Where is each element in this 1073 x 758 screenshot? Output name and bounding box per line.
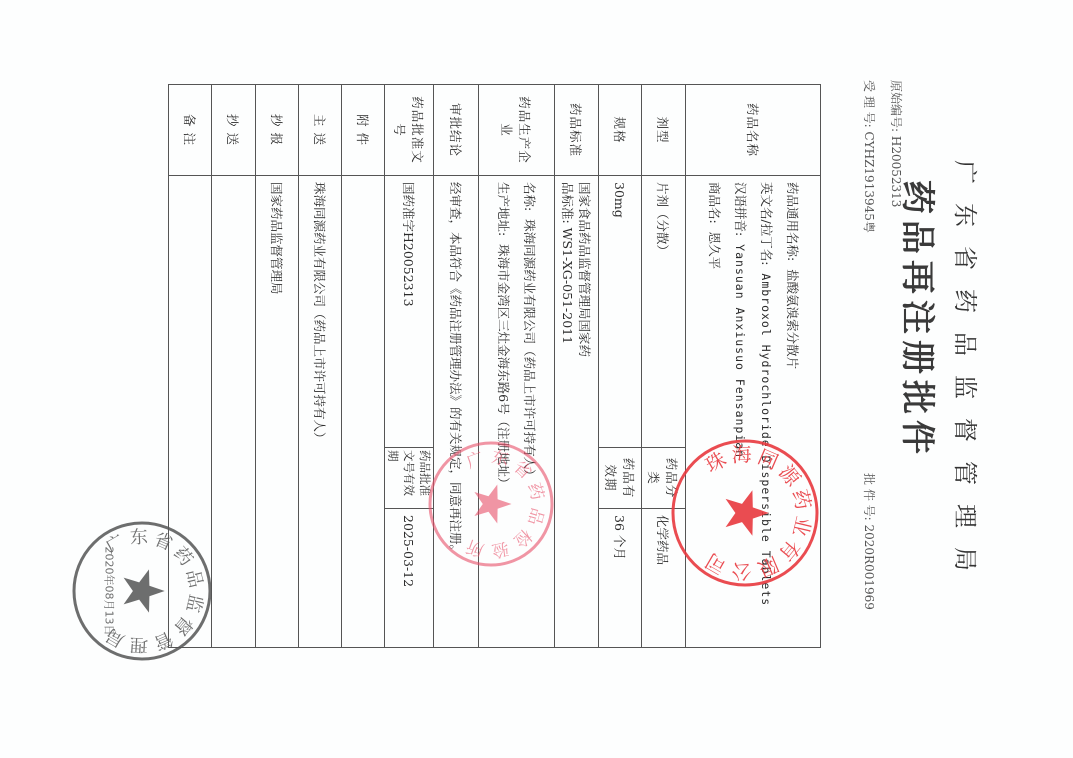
pinyin-name: Yansuan Anxiusuo Fensanpian — [733, 244, 747, 458]
specification-value: 30mg — [599, 176, 642, 448]
manufacturer-value: 名称: 珠海同源药业有限公司（药品上市许可持有人） 生产地址: 珠海市金湾区三灶… — [479, 176, 555, 648]
manufacturer-address: 珠海市金湾区三灶金海东路6号（注册地址） — [497, 244, 512, 489]
standard-line-2: 品标准: WS1-XG-051-2011 — [560, 182, 577, 641]
original-number-label: 原始编号: — [889, 80, 903, 132]
english-name: Ambroxol Hydrochloride Dispersible Table… — [759, 273, 773, 606]
original-number-value: H20052313 — [889, 136, 903, 208]
pinyin-name-label: 汉语拼音: — [733, 182, 748, 236]
dosage-form-value: 片剂（分散） — [642, 176, 686, 448]
cc-label: 抄 送 — [212, 85, 256, 176]
report-copy-value: 国家药品监督管理局 — [256, 176, 299, 648]
row-remarks: 备 注 — [169, 85, 212, 648]
shelf-life-label: 药品有效期 — [599, 448, 642, 509]
drug-category-value: 化学药品 — [642, 509, 686, 648]
drug-name-label: 药品名称 — [686, 85, 821, 176]
generic-name-label: 药品通用名称: — [785, 182, 800, 261]
row-conclusion: 审批结论 经审查，本品符合《药品注册管理办法》的有关规定，同意再注册。 — [434, 85, 479, 648]
issuing-authority: 广东省药品监督管理局 — [950, 160, 985, 590]
document-page: 广东省药品监督管理局 药品再注册批件 原始编号: H20052313 受 理 号… — [0, 0, 1073, 758]
trade-name: 恩久平 — [707, 232, 722, 270]
standard-value: 国家食品药品监督管理局国家药 品标准: WS1-XG-051-2011 — [555, 176, 599, 648]
row-report-copy: 抄 报 国家药品监督管理局 — [256, 85, 299, 648]
svg-text:东: 东 — [129, 527, 148, 549]
manufacturer-label: 药品生产企业 — [479, 85, 555, 176]
dosage-form-label: 剂型 — [642, 85, 686, 176]
svg-text:2020年08月13日: 2020年08月13日 — [102, 547, 116, 636]
generic-name: 盐酸氨溴索分散片 — [785, 269, 800, 369]
attachment-value — [342, 176, 385, 648]
svg-text:局: 局 — [102, 624, 128, 651]
conclusion-label: 审批结论 — [434, 85, 479, 176]
registration-table: 药品名称 药品通用名称: 盐酸氨溴索分散片 英文名/拉丁名: Ambroxol … — [168, 84, 821, 648]
acceptance-number: 受 理 号: CYHZ1913945粤 — [861, 80, 878, 233]
approval-number-label: 药品批准文号 — [385, 85, 434, 176]
cc-value — [212, 176, 256, 648]
drug-category-label: 药品分类 — [642, 448, 686, 509]
report-copy-label: 抄 报 — [256, 85, 299, 176]
row-main-recipient: 主 送 珠海同源药业有限公司（药品上市许可持有人） — [299, 85, 342, 648]
page-title: 药品再注册批件 — [896, 180, 945, 460]
row-specification: 规格 30mg 药品有效期 36 个月 — [599, 85, 642, 648]
attachment-label: 附 件 — [342, 85, 385, 176]
drug-name-values: 药品通用名称: 盐酸氨溴索分散片 英文名/拉丁名: Ambroxol Hydro… — [686, 176, 821, 648]
svg-text:理: 理 — [129, 633, 148, 655]
remarks-value — [169, 176, 212, 648]
main-recipient-value: 珠海同源药业有限公司（药品上市许可持有人） — [299, 176, 342, 648]
approval-number-label: 批 件 号: — [862, 473, 876, 521]
approval-number-value: 国药准字H20052313 — [385, 176, 434, 448]
remarks-label: 备 注 — [169, 85, 212, 176]
manufacturer-name-label: 名称: — [523, 182, 538, 211]
original-number: 原始编号: H20052313 — [888, 80, 905, 207]
trade-name-label: 商品名: — [707, 182, 722, 224]
conclusion-value: 经审查，本品符合《药品注册管理办法》的有关规定，同意再注册。 — [434, 176, 479, 648]
approval-validity-label: 药品批准文号有效期 — [385, 448, 434, 509]
specification-label: 规格 — [599, 85, 642, 176]
standard-line-1: 国家食品药品监督管理局国家药 — [577, 182, 594, 641]
standard-label: 药品标准 — [555, 85, 599, 176]
row-approval-number: 药品批准文号 国药准字H20052313 药品批准文号有效期 2025-03-1… — [385, 85, 434, 648]
row-drug-name: 药品名称 药品通用名称: 盐酸氨溴索分散片 英文名/拉丁名: Ambroxol … — [686, 85, 821, 648]
manufacturer-name: 珠海同源药业有限公司（药品上市许可持有人） — [523, 219, 538, 482]
approval-document-number: 批 件 号: 2020R001969 — [861, 473, 878, 610]
approval-validity-value: 2025-03-12 — [385, 509, 434, 648]
english-name-label: 英文名/拉丁名: — [759, 182, 774, 265]
row-cc: 抄 送 — [212, 85, 256, 648]
manufacturer-address-label: 生产地址: — [497, 182, 512, 236]
svg-text:广: 广 — [102, 531, 128, 558]
row-attachment: 附 件 — [342, 85, 385, 648]
acceptance-number-value: CYHZ1913945粤 — [862, 132, 876, 233]
shelf-life-value: 36 个月 — [599, 509, 642, 648]
approval-number-value: 2020R001969 — [862, 525, 876, 610]
row-dosage-form: 剂型 片剂（分散） 药品分类 化学药品 — [642, 85, 686, 648]
acceptance-number-label: 受 理 号: — [862, 80, 876, 128]
row-manufacturer: 药品生产企业 名称: 珠海同源药业有限公司（药品上市许可持有人） 生产地址: 珠… — [479, 85, 555, 648]
main-recipient-label: 主 送 — [299, 85, 342, 176]
row-standard: 药品标准 国家食品药品监督管理局国家药 品标准: WS1-XG-051-2011 — [555, 85, 599, 648]
